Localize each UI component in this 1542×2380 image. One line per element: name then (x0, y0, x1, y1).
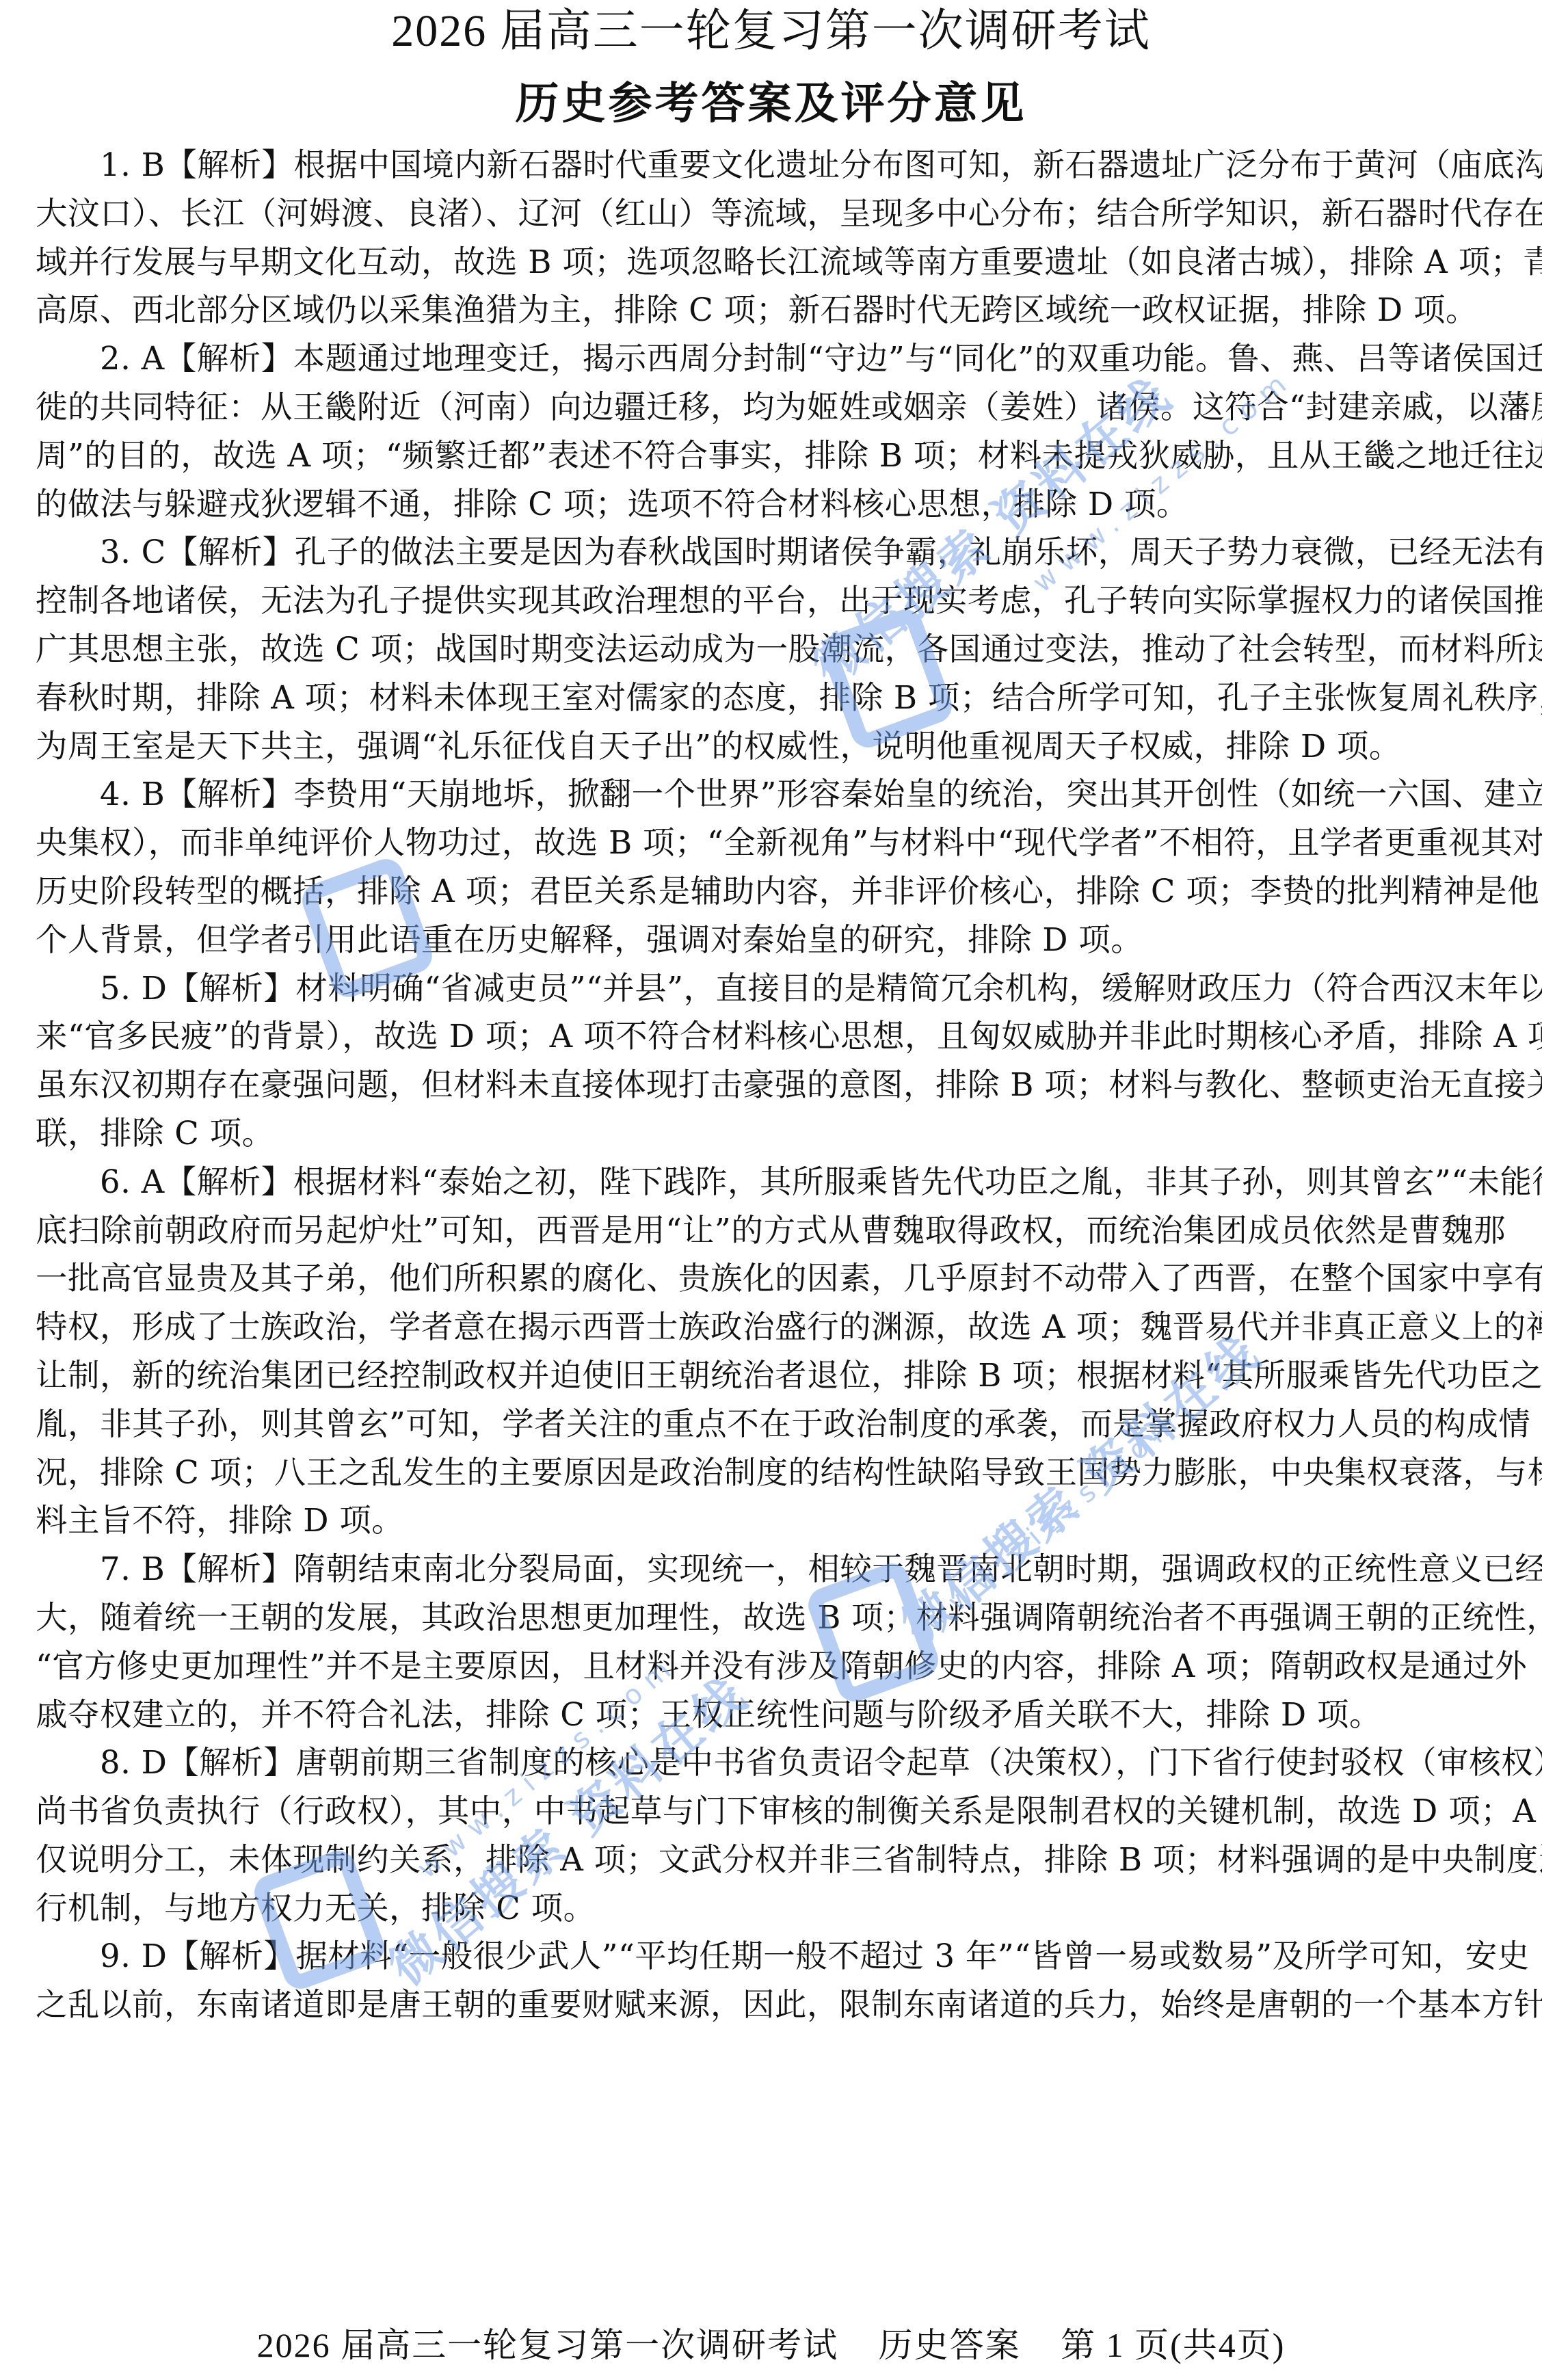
answer-line: 行机制，与地方权力无关，排除 C 项。 (36, 1884, 1506, 1933)
answer-item-4: 4. B【解析】李贽用“天崩地坼，掀翻一个世界”形容秦始皇的统治，突出其开创性（… (36, 770, 1506, 964)
answer-line: 胤，非其子孙，则其曾玄”可知，学者关注的重点不在于政治制度的承袭，而是掌握政府权… (36, 1400, 1506, 1449)
answer-line: 春秋时期，排除 A 项；材料未体现王室对儒家的态度，排除 B 项；结合所学可知，… (36, 674, 1506, 722)
page-footer: 2026 届高三一轮复习第一次调研考试 历史答案 第 1 页(共4页) (0, 2321, 1542, 2369)
answer-line: 央集权），而非单纯评价人物功过，故选 B 项；“全新视角”与材料中“现代学者”不… (36, 819, 1506, 867)
answer-line: 4. B【解析】李贽用“天崩地坼，掀翻一个世界”形容秦始皇的统治，突出其开创性（… (36, 770, 1506, 819)
answer-line: 控制各地诸侯，无法为孔子提供实现其政治理想的平台，出于现实考虑，孔子转向实际掌握… (36, 577, 1506, 625)
answer-item-8: 8. D【解析】唐朝前期三省制度的核心是中书省负责诏令起草（决策权），门下省行使… (36, 1738, 1506, 1932)
answer-item-3: 3. C【解析】孔子的做法主要是因为春秋战国时期诸侯争霸，礼崩乐坏，周天子势力衰… (36, 528, 1506, 770)
answer-line: 仅说明分工，未体现制约关系，排除 A 项；文武分权并非三省制特点，排除 B 项；… (36, 1836, 1506, 1884)
answer-line: 5. D【解析】材料明确“省减吏员”“并县”，直接目的是精简冗余机构，缓解财政压… (36, 964, 1506, 1013)
footer-subject: 历史答案 (879, 2326, 1021, 2364)
answer-line: 徙的共同特征：从王畿附近（河南）向边疆迁移，均为姬姓或姻亲（姜姓）诸侯。这符合“… (36, 383, 1506, 432)
answer-line: 广其思想主张，故选 C 项；战国时期变法运动成为一股潮流，各国通过变法，推动了社… (36, 625, 1506, 674)
answer-line: 大，随着统一王朝的发展，其政治思想更加理性，故选 B 项；材料强调隋朝统治者不再… (36, 1594, 1506, 1642)
answer-line: 戚夺权建立的，并不符合礼法，排除 C 项；王权正统性问题与阶级矛盾关联不大，排除… (36, 1691, 1506, 1739)
answer-line: 让制，新的统治集团已经控制政权并迫使旧王朝统治者退位，排除 B 项；根据材料“其… (36, 1351, 1506, 1400)
answer-line: 虽东汉初期存在豪强问题，但材料未直接体现打击豪强的意图，排除 B 项；材料与教化… (36, 1061, 1506, 1109)
answer-item-1: 1. B【解析】根据中国境内新石器时代重要文化遗址分布图可知，新石器遗址广泛分布… (36, 141, 1506, 334)
answer-line: 1. B【解析】根据中国境内新石器时代重要文化遗址分布图可知，新石器遗址广泛分布… (36, 141, 1506, 189)
exam-title: 2026 届高三一轮复习第一次调研考试 (0, 4, 1542, 59)
answer-line: “官方修史更加理性”并不是主要原因，且材料并没有涉及隋朝修史的内容，排除 A 项… (36, 1642, 1506, 1691)
answer-line: 历史阶段转型的概括，排除 A 项；君臣关系是辅助内容，并非评价核心，排除 C 项… (36, 867, 1506, 916)
answer-item-7: 7. B【解析】隋朝结束南北分裂局面，实现统一，相较于魏晋南北朝时期，强调政权的… (36, 1545, 1506, 1738)
answer-line: 特权，形成了士族政治，学者意在揭示西晋士族政治盛行的渊源，故选 A 项；魏晋易代… (36, 1303, 1506, 1351)
answer-line: 的做法与躲避戎狄逻辑不通，排除 C 项；选项不符合材料核心思想，排除 D 项。 (36, 480, 1506, 529)
footer-page-number: 第 1 页(共4页) (1061, 2326, 1285, 2364)
answer-line: 联，排除 C 项。 (36, 1109, 1506, 1158)
document-subtitle: 历史参考答案及评分意见 (0, 77, 1542, 131)
answer-line: 域并行发展与早期文化互动，故选 B 项；选项忽略长江流域等南方重要遗址（如良渚古… (36, 238, 1506, 287)
answer-line: 况，排除 C 项；八王之乱发生的主要原因是政治制度的结构性缺陷导致王国势力膨胀，… (36, 1449, 1506, 1497)
answer-line: 8. D【解析】唐朝前期三省制度的核心是中书省负责诏令起草（决策权），门下省行使… (36, 1738, 1506, 1787)
footer-exam-title: 2026 届高三一轮复习第一次调研考试 (257, 2326, 839, 2364)
answer-item-6: 6. A【解析】根据材料“泰始之初，陛下践阼，其所服乘皆先代功臣之胤，非其子孙，… (36, 1158, 1506, 1545)
answer-line: 底扫除前朝政府而另起炉灶”可知，西晋是用“让”的方式从曹魏取得政权，而统治集团成… (36, 1206, 1506, 1255)
answer-line: 周”的目的，故选 A 项；“频繁迁都”表述不符合事实，排除 B 项；材料未提戎狄… (36, 432, 1506, 480)
answer-line: 来“官多民疲”的背景），故选 D 项；A 项不符合材料核心思想，且匈奴威胁并非此… (36, 1012, 1506, 1061)
answer-line: 3. C【解析】孔子的做法主要是因为春秋战国时期诸侯争霸，礼崩乐坏，周天子势力衰… (36, 528, 1506, 577)
answer-line: 之乱以前，东南诸道即是唐王朝的重要财赋来源，因此，限制东南诸道的兵力，始终是唐朝… (36, 1981, 1506, 2029)
answer-line: 料主旨不符，排除 D 项。 (36, 1496, 1506, 1545)
answer-line: 9. D【解析】据材料“一般很少武人”“平均任期一般不超过 3 年”“皆曾一易或… (36, 1932, 1506, 1981)
answer-line: 6. A【解析】根据材料“泰始之初，陛下践阼，其所服乘皆先代功臣之胤，非其子孙，… (36, 1158, 1506, 1206)
answer-line: 个人背景，但学者引用此语重在历史解释，强调对秦始皇的研究，排除 D 项。 (36, 916, 1506, 964)
answer-line: 尚书省负责执行（行政权），其中，中书起草与门下审核的制衡关系是限制君权的关键机制… (36, 1787, 1506, 1836)
answer-line: 7. B【解析】隋朝结束南北分裂局面，实现统一，相较于魏晋南北朝时期，强调政权的… (36, 1545, 1506, 1594)
answer-line: 为周王室是天下共主，强调“礼乐征伐自天子出”的权威性，说明他重视周天子权威，排除… (36, 722, 1506, 771)
document-page: 2026 届高三一轮复习第一次调研考试 历史参考答案及评分意见 1. B【解析】… (0, 0, 1542, 2380)
answer-list: 1. B【解析】根据中国境内新石器时代重要文化遗址分布图可知，新石器遗址广泛分布… (36, 141, 1506, 2029)
answer-line: 大汶口）、长江（河姆渡、良渚）、辽河（红山）等流域，呈现多中心分布；结合所学知识… (36, 189, 1506, 238)
answer-item-2: 2. A【解析】本题通过地理变迁，揭示西周分封制“守边”与“同化”的双重功能。鲁… (36, 334, 1506, 528)
answer-line: 一批高官显贵及其子弟，他们所积累的腐化、贵族化的因素，几乎原封不动带入了西晋，在… (36, 1254, 1506, 1303)
answer-line: 高原、西北部分区域仍以采集渔猎为主，排除 C 项；新石器时代无跨区域统一政权证据… (36, 286, 1506, 334)
answer-item-9: 9. D【解析】据材料“一般很少武人”“平均任期一般不超过 3 年”“皆曾一易或… (36, 1932, 1506, 2029)
answer-line: 2. A【解析】本题通过地理变迁，揭示西周分封制“守边”与“同化”的双重功能。鲁… (36, 334, 1506, 383)
answer-item-5: 5. D【解析】材料明确“省减吏员”“并县”，直接目的是精简冗余机构，缓解财政压… (36, 964, 1506, 1158)
